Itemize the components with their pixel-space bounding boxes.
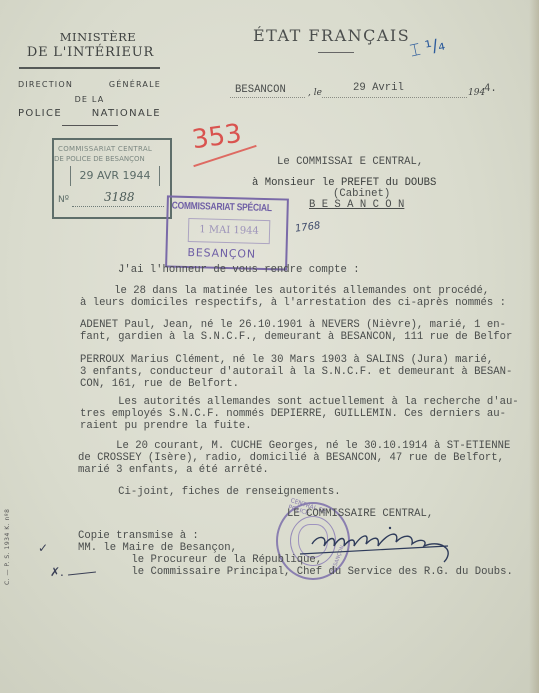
copies-recipients: MM. le Maire de Besançon, le Procureur d… (78, 542, 513, 578)
ministry-line-2: DE L'INTÉRIEUR (18, 45, 163, 60)
ornament-divider (62, 125, 118, 126)
paragraph-line: 3 enfants, conducteur d'autorail à la S.… (80, 366, 512, 378)
enclosure-line: Ci-joint, fiches de renseignements. (80, 486, 341, 498)
red-registry-number: 353 (190, 119, 243, 156)
letterhead-rule (19, 67, 160, 69)
dateline-year-suffix: 4. (484, 83, 497, 95)
copies-heading: Copie transmise à : (78, 530, 199, 542)
dateline-dots-date (322, 97, 467, 98)
dateline-year-prefix: 194 (468, 88, 485, 98)
stamp-central-line-2: DE POLICE DE BESANÇON (54, 155, 145, 163)
direction-line-2: DE LA (18, 95, 161, 104)
stamp-central-date: 29 AVR 1944 (70, 166, 160, 186)
state-underline (318, 52, 354, 53)
dateline-le: , le (308, 88, 322, 98)
ministry-line-1: MINISTÈRE (48, 30, 148, 44)
stamp-commissariat-central: COMMISSARIAT CENTRAL DE POLICE DE BESANÇ… (52, 138, 172, 219)
paragraph-line: raient pu prendre la fuite. (80, 420, 519, 432)
stamp-central-line-1: COMMISSARIAT CENTRAL (58, 145, 152, 153)
paragraph-line: à leurs domiciles respectifs, à l'arrest… (80, 297, 506, 309)
dateline-dots-city (230, 97, 305, 98)
stamp-commissariat-special: COMMISSARIAT SPÉCIAL 1 MAI 1944 BESANÇON (165, 195, 289, 270)
copy-recipient: MM. le Maire de Besançon, (78, 542, 513, 554)
dateline-date: 29 Avril (353, 82, 404, 94)
dateline-city: BESANCON (235, 84, 286, 96)
paragraph-line: le 28 dans la matinée les autorités alle… (76, 285, 502, 297)
copy-recipient: le Commissaire Principal, Chef du Servic… (106, 566, 513, 578)
paragraph-line: CON, 161, rue de Belfort. (80, 378, 512, 390)
paragraph-line: tres employés S.N.C.F. nommés DEPIERRE, … (80, 408, 519, 420)
direction-line-1: DIRECTION GÉNÉRALE (18, 80, 161, 89)
printer-mark: C. — P. S. 1934 K. nº8 (4, 509, 11, 585)
direction-line-3: POLICE NATIONALE (18, 108, 161, 119)
stamp-central-no-label: Nº (58, 195, 69, 205)
copy-recipient: le Procureur de la République, (106, 554, 513, 566)
paragraph-arrests: le 28 dans la matinée les autorités alle… (80, 285, 506, 309)
paragraph-line: fant, gardien à la S.N.C.F., demeurant à… (80, 331, 512, 343)
document-page: MINISTÈRE DE L'INTÉRIEUR DIRECTION GÉNÉR… (0, 0, 539, 693)
person-perroux: PERROUX Marius Clément, né le 30 Mars 19… (80, 354, 512, 390)
paragraph-search: Les autorités allemandes sont actuelleme… (80, 396, 519, 432)
sender-line: Le COMMISSAI E CENTRAL, (277, 156, 423, 168)
paragraph-line: Les autorités allemandes sont actuelleme… (80, 396, 519, 408)
stamp-special-line-1: COMMISSARIAT SPÉCIAL (172, 201, 272, 215)
recipient-city: B E S A N C O N (309, 199, 404, 211)
paragraph-cuche: Le 20 courant, M. CUCHE Georges, né le 3… (78, 440, 510, 476)
stamp-special-date: 1 MAI 1944 (188, 218, 271, 244)
state-title: ÉTAT FRANÇAIS (253, 26, 410, 45)
handwritten-check-mark-icon: ✓ (38, 541, 48, 555)
handwritten-ref: 1768 (294, 220, 321, 234)
person-adenet: ADENET Paul, Jean, né le 26.10.1901 à NE… (80, 319, 512, 343)
stamp-special-city: BESANÇON (187, 246, 256, 261)
handwritten-cross-mark-icon: ✗. (50, 565, 64, 579)
paper-edge-shadow (529, 0, 539, 693)
paragraph-line: PERROUX Marius Clément, né le 30 Mars 19… (80, 354, 512, 366)
paragraph-line: marié 3 enfants, a été arrêté. (78, 464, 510, 476)
stamp-central-no-value: 3188 (104, 190, 135, 204)
blue-handwritten-mark: ⌶ ¹/₄ (408, 35, 446, 62)
stamp-central-no-line (72, 206, 164, 207)
salutation: J'ai l'honneur de vous rendre compte : (118, 264, 360, 276)
paragraph-line: ADENET Paul, Jean, né le 26.10.1901 à NE… (80, 319, 512, 331)
paragraph-line: de CROSSEY (Isère), radio, domicilié à B… (78, 452, 510, 464)
paragraph-line: Le 20 courant, M. CUCHE Georges, né le 3… (78, 440, 510, 452)
